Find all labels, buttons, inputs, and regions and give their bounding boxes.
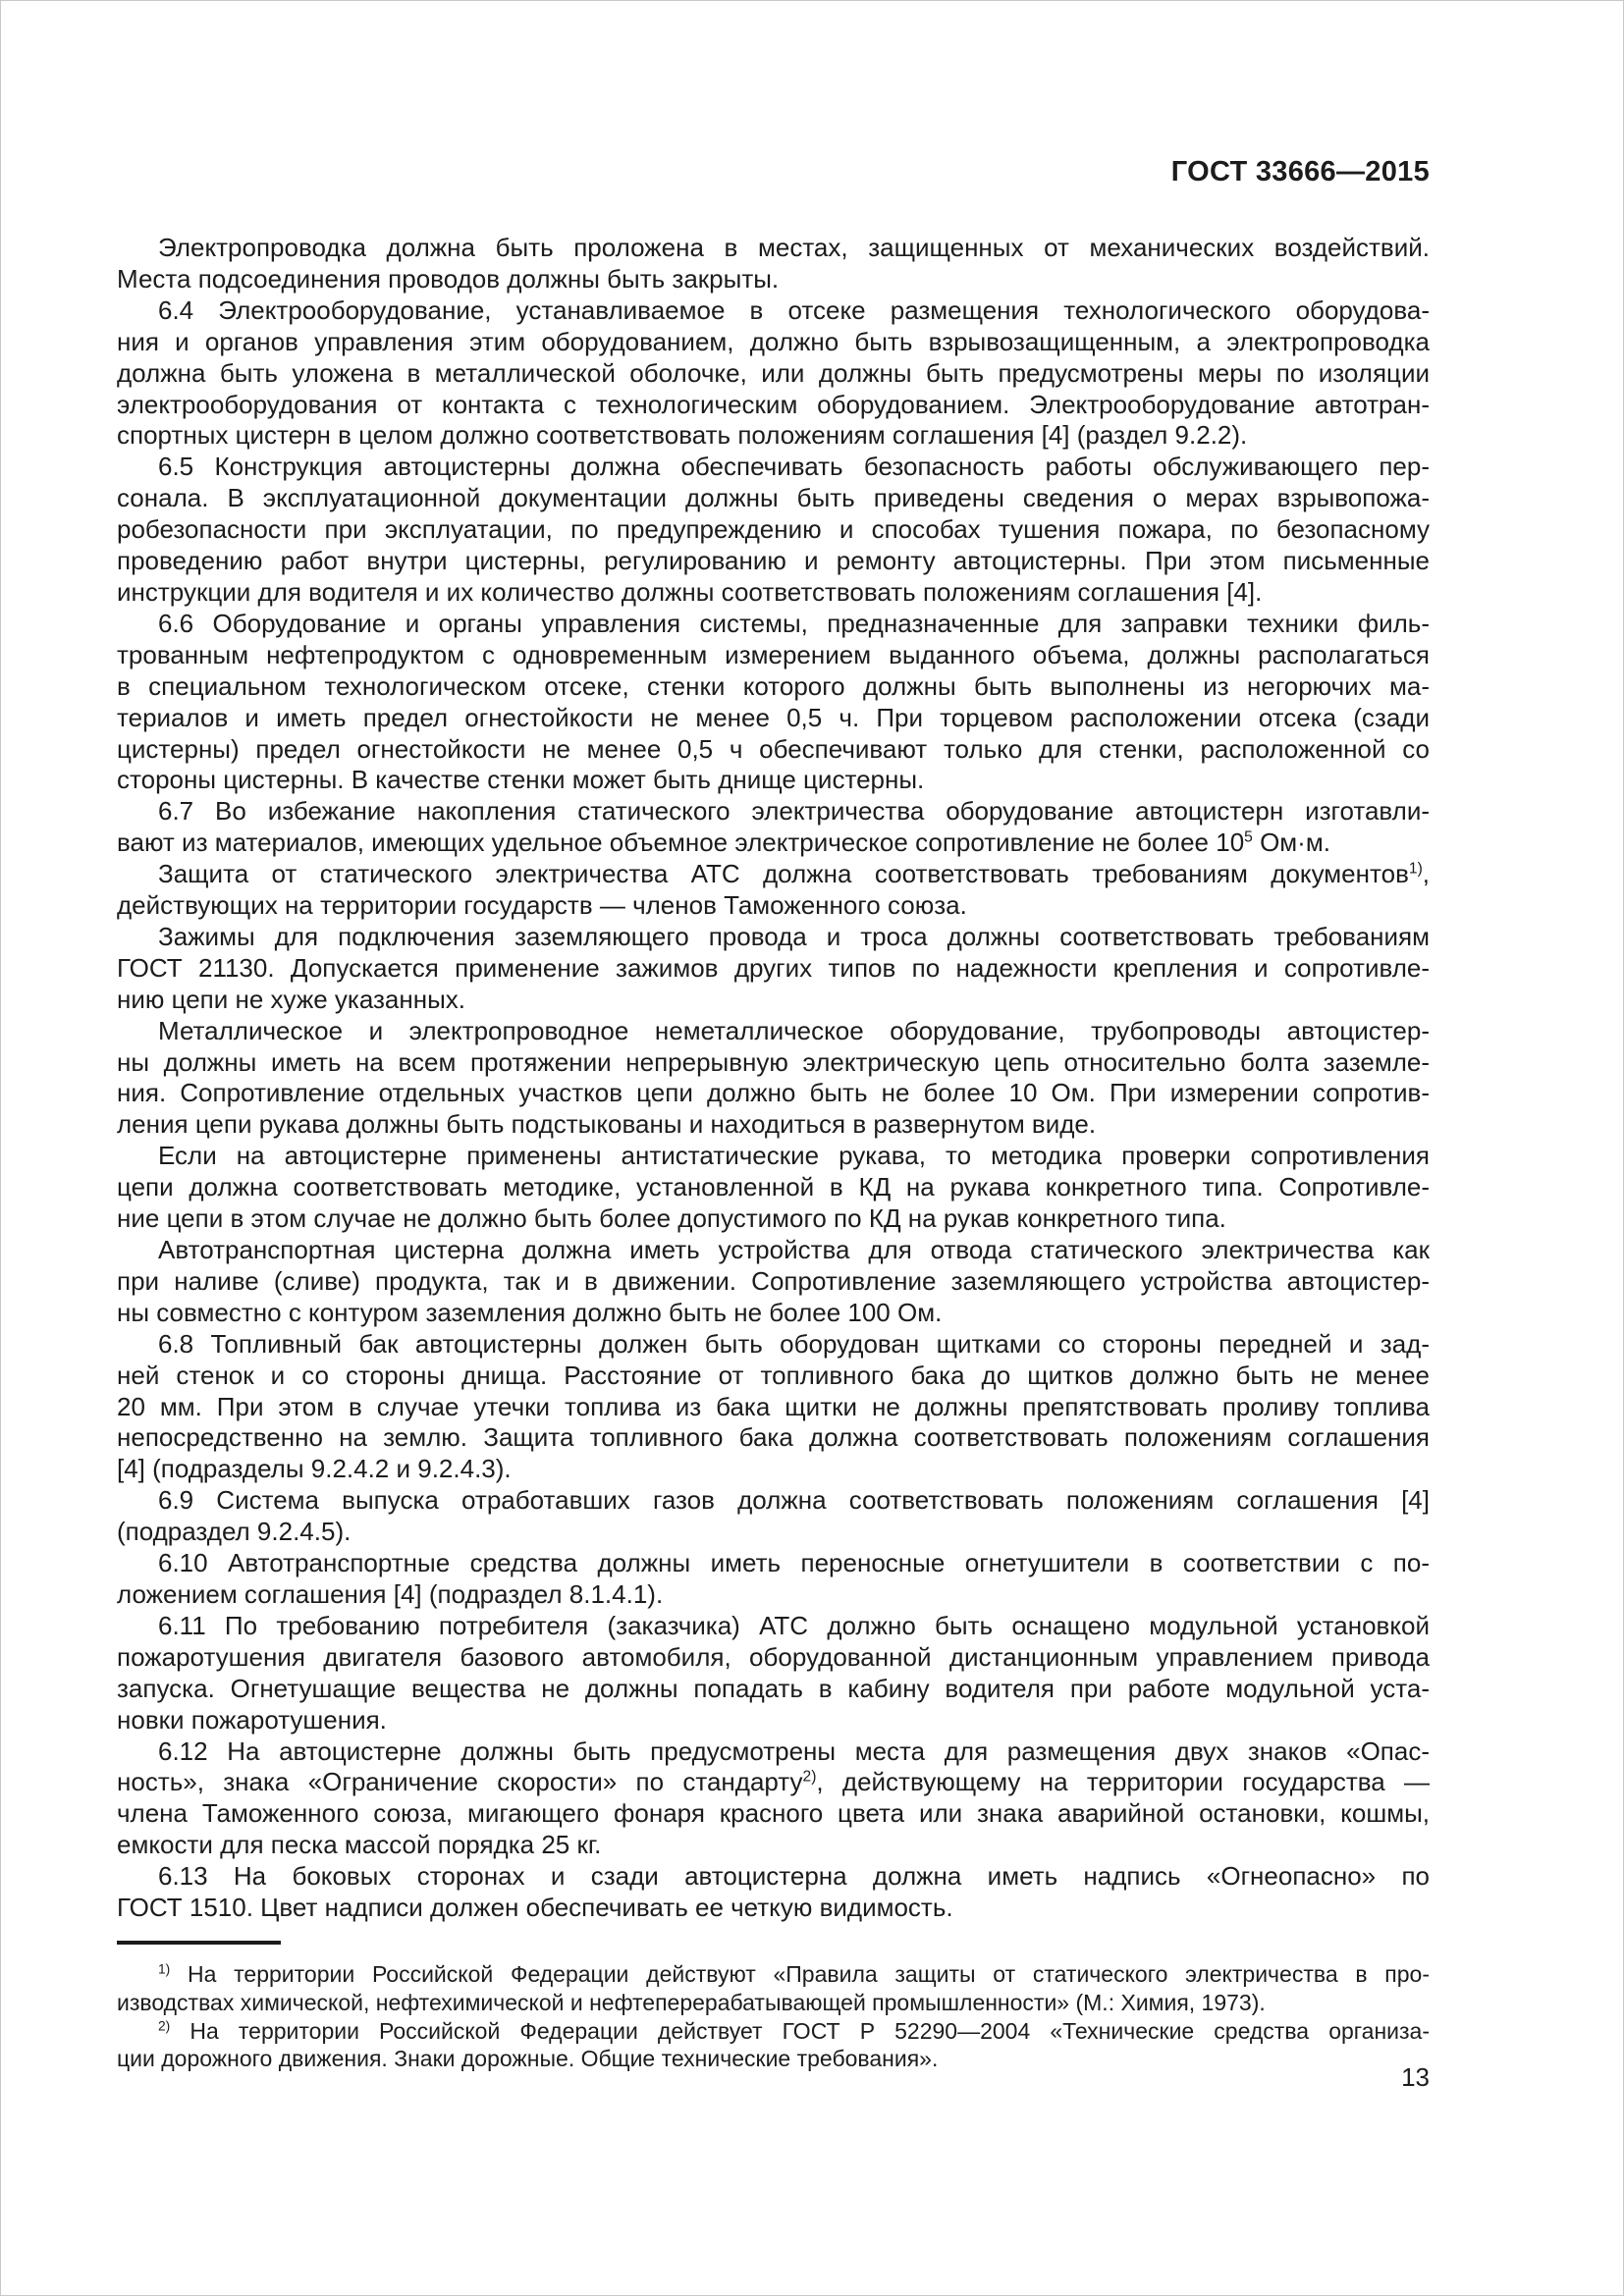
text-line: цепи должна соответствовать методике, ус…: [117, 1172, 1430, 1203]
text-line: электрооборудования от контакта с технол…: [117, 390, 1430, 421]
text-line: трованным нефтепродуктом с одновременным…: [117, 640, 1430, 671]
text-line: вают из материалов, имеющих удельное объ…: [117, 828, 1430, 859]
text-line: 6.10 Автотранспортные средства должны им…: [117, 1548, 1430, 1579]
body-text: Электропроводка должна быть проложена в …: [117, 233, 1430, 1924]
text-line: ления цепи рукава должны быть подстыкова…: [117, 1109, 1430, 1141]
text-line: стороны цистерны. В качестве стенки може…: [117, 765, 1430, 796]
text-line: запуска. Огнетушащие вещества не должны …: [117, 1674, 1430, 1705]
text-line: 6.13 На боковых сторонах и сзади автоцис…: [117, 1861, 1430, 1893]
text-line: 6.4 Электрооборудование, устанавливаемое…: [117, 295, 1430, 327]
text-line: 6.8 Топливный бак автоцистерны должен бы…: [117, 1329, 1430, 1361]
text-line: цистерны) предел огнестойкости не менее …: [117, 734, 1430, 766]
text-line: 20 мм. При этом в случае утечки топлива …: [117, 1392, 1430, 1423]
footnotes: 1) На территории Российской Федерации де…: [117, 1960, 1430, 2073]
page-number: 13: [117, 2062, 1430, 2093]
text-line: ней стенок и со стороны днища. Расстояни…: [117, 1361, 1430, 1392]
text-line: 6.6 Оборудование и органы управления сис…: [117, 609, 1430, 640]
text-line: ны совместно с контуром заземления должн…: [117, 1298, 1430, 1329]
text-line: Автотранспортная цистерна должна иметь у…: [117, 1235, 1430, 1266]
text-line: [4] (подразделы 9.2.4.2 и 9.2.4.3).: [117, 1454, 1430, 1485]
text-line: новки пожаротушения.: [117, 1705, 1430, 1736]
text-line: изводствах химической, нефтехимической и…: [117, 1989, 1430, 2017]
text-line: ния. Сопротивление отдельных участков це…: [117, 1078, 1430, 1109]
text-line: пожаротушения двигателя базового автомоб…: [117, 1642, 1430, 1674]
standard-number: ГОСТ 33666—2015: [117, 156, 1430, 188]
text-line: проведению работ внутри цистерны, регули…: [117, 546, 1430, 577]
text-line: 6.5 Конструкция автоцистерны должна обес…: [117, 452, 1430, 483]
text-line: Если на автоцистерне применены антистати…: [117, 1141, 1430, 1172]
text-line: ГОСТ 1510. Цвет надписи должен обеспечив…: [117, 1893, 1430, 1924]
text-line: ложением соглашения [4] (подраздел 8.1.4…: [117, 1579, 1430, 1611]
text-line: робезопасности при эксплуатации, по пред…: [117, 514, 1430, 546]
text-line: сонала. В эксплуатационной документации …: [117, 483, 1430, 514]
text-line: 6.7 Во избежание накопления статического…: [117, 796, 1430, 828]
text-line: Металлическое и электропроводное неметал…: [117, 1016, 1430, 1047]
text-line: в специальном технологическом отсеке, ст…: [117, 671, 1430, 703]
text-line: должна быть уложена в металлической обол…: [117, 358, 1430, 390]
text-line: ния и органов управления этим оборудован…: [117, 327, 1430, 358]
text-line: Защита от статического электричества АТС…: [117, 859, 1430, 890]
text-line: инструкции для водителя и их количество …: [117, 577, 1430, 609]
text-line: действующих на территории государств — ч…: [117, 890, 1430, 922]
text-line: непосредственно на землю. Защита топливн…: [117, 1422, 1430, 1454]
text-line: (подраздел 9.2.4.5).: [117, 1517, 1430, 1548]
text-line: ны должны иметь на всем протяжении непре…: [117, 1047, 1430, 1079]
text-line: 2) На территории Российской Федерации де…: [117, 2017, 1430, 2046]
text-line: нию цепи не хуже указанных.: [117, 985, 1430, 1016]
text-line: ние цепи в этом случае не должно быть бо…: [117, 1203, 1430, 1235]
text-line: 1) На территории Российской Федерации де…: [117, 1960, 1430, 1989]
text-line: спортных цистерн в целом должно соответс…: [117, 420, 1430, 452]
text-line: Электропроводка должна быть проложена в …: [117, 233, 1430, 264]
text-line: ность», знака «Ограничение скорости» по …: [117, 1767, 1430, 1798]
footnote-separator: [117, 1941, 281, 1945]
text-line: Зажимы для подключения заземляющего пров…: [117, 922, 1430, 953]
text-line: при наливе (сливе) продукта, так и в дви…: [117, 1266, 1430, 1298]
document-page: ГОСТ 33666—2015 Электропроводка должна б…: [0, 0, 1624, 2296]
text-line: члена Таможенного союза, мигающего фонар…: [117, 1798, 1430, 1830]
text-line: териалов и иметь предел огнестойкости не…: [117, 703, 1430, 734]
text-line: емкости для песка массой порядка 25 кг.: [117, 1830, 1430, 1861]
text-line: Места подсоединения проводов должны быть…: [117, 264, 1430, 295]
text-line: 6.11 По требованию потребителя (заказчик…: [117, 1611, 1430, 1642]
text-line: 6.12 На автоцистерне должны быть предусм…: [117, 1736, 1430, 1768]
text-line: ГОСТ 21130. Допускается применение зажим…: [117, 953, 1430, 985]
text-line: 6.9 Система выпуска отработавших газов д…: [117, 1485, 1430, 1517]
